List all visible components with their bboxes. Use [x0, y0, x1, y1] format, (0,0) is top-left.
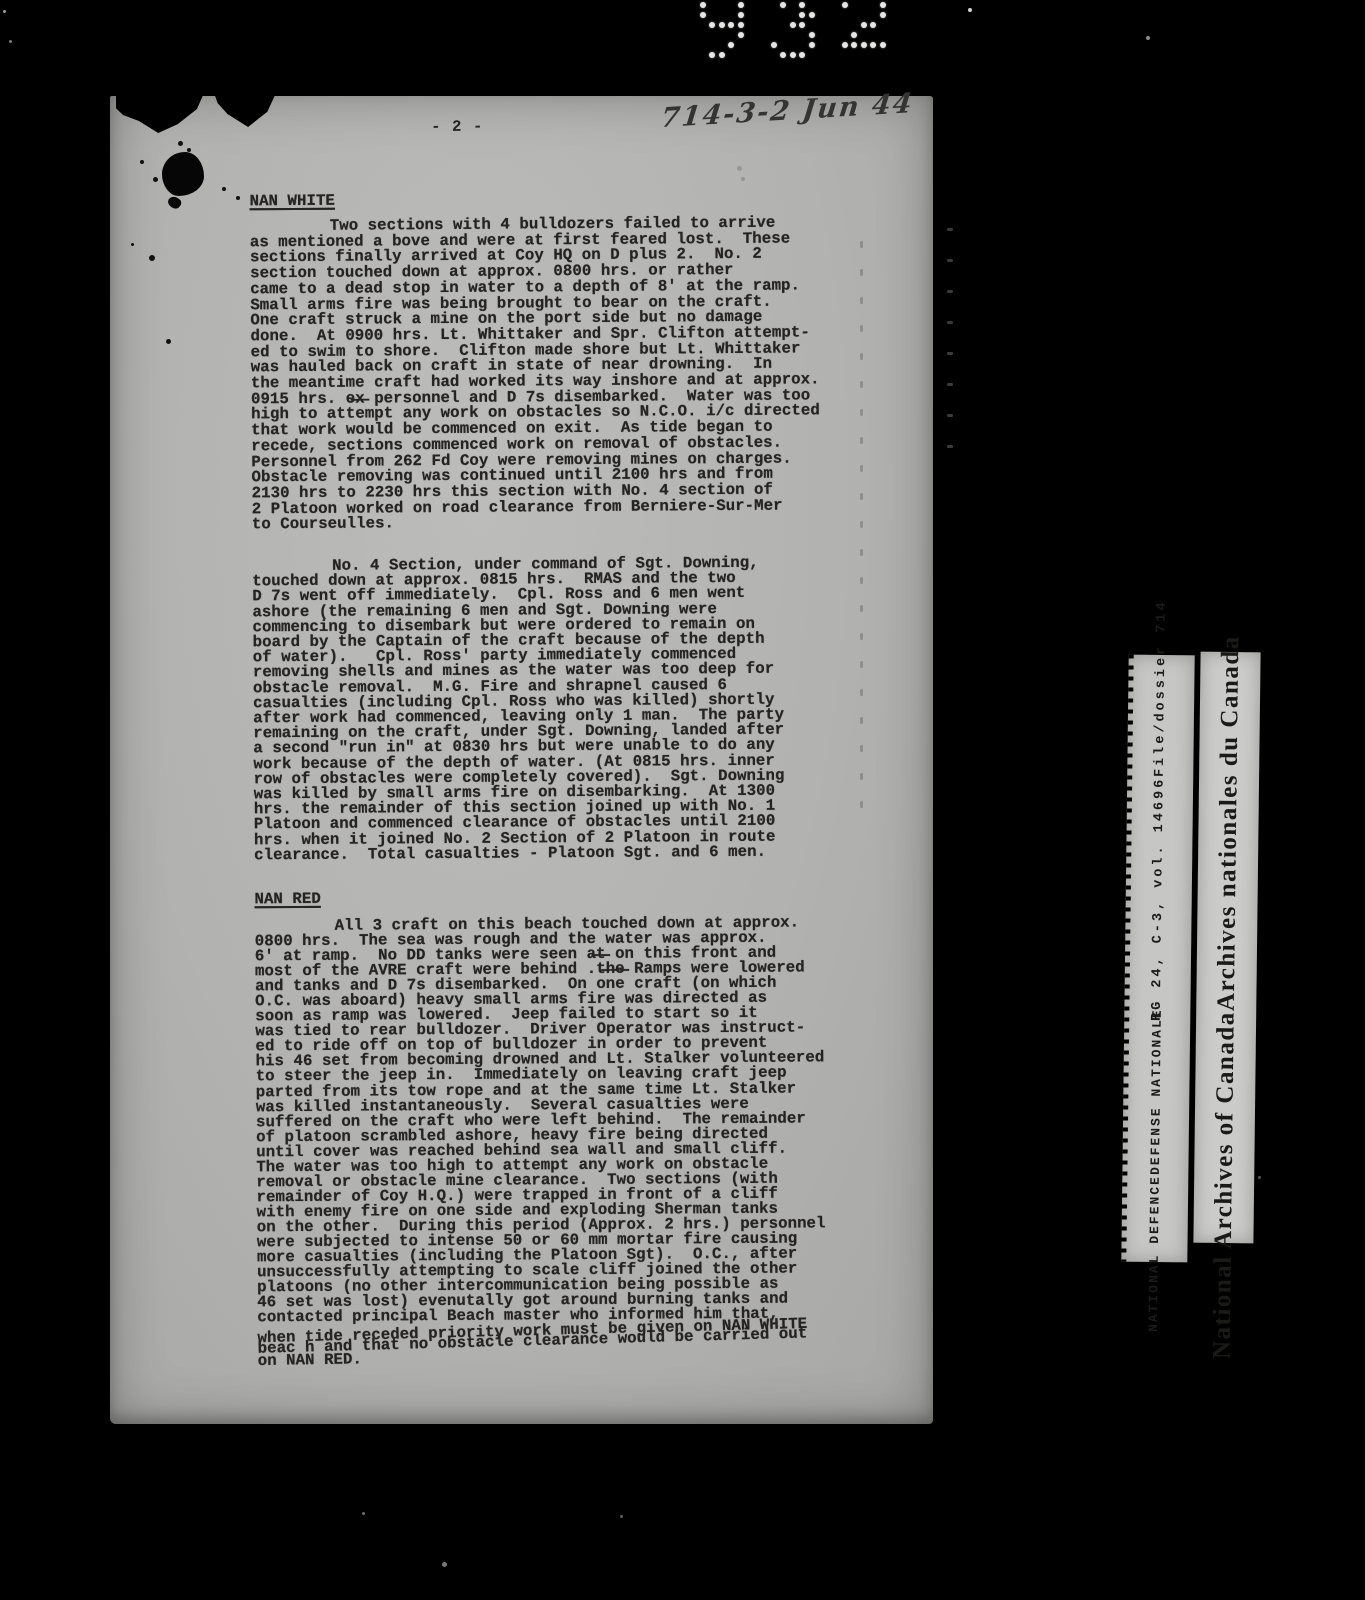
film-speck	[362, 1512, 365, 1515]
archive-reference-line2: File/dossier 714	[1151, 599, 1172, 777]
national-archives-line1: National Archives of Canada	[1207, 1011, 1240, 1359]
stamp-dot	[880, 42, 886, 48]
page-content: - 2 - 714-3-2 Jun 44 NAN WHITETwo sectio…	[106, 93, 938, 1427]
film-mark	[947, 290, 953, 293]
stamp-dot	[728, 42, 734, 48]
film-speck	[3, 10, 6, 13]
national-archives-label: National Archives of Canada Archives nat…	[1194, 764, 1260, 1231]
dot-matrix-frame-number	[700, 2, 930, 64]
archive-reference-line1: RG 24, C-3, vol. 14696	[1148, 777, 1170, 1021]
film-speck	[968, 8, 972, 12]
scan-background: - 2 - 714-3-2 Jun 44 NAN WHITETwo sectio…	[0, 0, 1365, 1600]
stamp-dot	[700, 12, 706, 18]
archive-label-strip-archives: National Archives of Canada Archives nat…	[1193, 652, 1260, 1244]
film-mark	[947, 228, 953, 231]
stamp-dot	[719, 22, 725, 28]
text-line: clearance. Total casualties - Platoon Sg…	[254, 844, 874, 864]
film-mark	[947, 352, 953, 355]
section-heading: NAN RED	[254, 886, 874, 908]
stamp-dot	[880, 2, 886, 8]
stamp-dot	[799, 12, 805, 18]
film-speck	[1258, 1176, 1261, 1179]
section-heading: NAN WHITE	[249, 188, 869, 210]
film-mark	[947, 414, 953, 417]
stamp-dot	[709, 22, 715, 28]
stamp-dot	[880, 12, 886, 18]
film-mark	[947, 445, 953, 448]
national-defence-line1: NATIONAL DEFENCE	[1144, 1175, 1165, 1332]
stamp-dot	[738, 32, 744, 38]
section-heading-text: NAN RED	[254, 886, 874, 908]
stamp-dot	[842, 2, 848, 8]
stamp-dot	[861, 22, 867, 28]
section-heading-text: NAN WHITE	[249, 188, 869, 210]
archive-reference-label: RG 24, C-3, vol. 14696 File/dossier 714	[1125, 671, 1194, 950]
stamp-dot	[870, 22, 876, 28]
page-number: - 2 -	[431, 118, 484, 136]
stamp-dot	[799, 22, 805, 28]
stamp-dot	[799, 2, 805, 8]
stamp-dot	[870, 42, 876, 48]
stamp-dot	[790, 52, 796, 58]
paragraph: No. 4 Section, under command of Sgt. Dow…	[252, 555, 874, 863]
stamp-dot	[799, 52, 805, 58]
stamp-dot	[719, 52, 725, 58]
stamp-dot	[738, 12, 744, 18]
stamp-dot	[780, 2, 786, 8]
stamp-dot	[851, 42, 857, 48]
stamp-dot	[728, 22, 734, 28]
national-archives-line2: Archives nationales du Canada	[1212, 635, 1246, 1011]
national-defence-label: NATIONAL DEFENCE DEFENSE NATIONALE	[1121, 1083, 1189, 1258]
stamp-dot	[809, 42, 815, 48]
text-line: to Courseulles.	[252, 513, 872, 533]
film-speck	[442, 1562, 447, 1567]
film-mark	[947, 259, 953, 262]
paragraph: All 3 craft on this beach touched down a…	[255, 915, 878, 1367]
film-speck	[620, 1515, 623, 1518]
film-mark	[947, 321, 953, 324]
film-mark	[947, 383, 953, 386]
stamp-dot	[738, 22, 744, 28]
stamp-dot	[790, 22, 796, 28]
stamp-dot	[809, 32, 815, 38]
national-defence-line2: DEFENSE NATIONALE	[1146, 1008, 1167, 1175]
paragraph: Two sections with 4 bulldozers failed to…	[250, 215, 872, 533]
document-page: - 2 - 714-3-2 Jun 44 NAN WHITETwo sectio…	[110, 96, 933, 1424]
film-speck	[9, 40, 12, 43]
film-speck	[1146, 36, 1150, 40]
stamp-dot	[700, 2, 706, 8]
stamp-dot	[809, 12, 815, 18]
archive-label-strip-defence: RG 24, C-3, vol. 14696 File/dossier 714 …	[1121, 655, 1194, 1263]
stamp-dot	[851, 32, 857, 38]
handwritten-file-reference: 714-3-2 Jun 44	[659, 88, 915, 134]
stamp-dot	[861, 42, 867, 48]
stamp-dot	[738, 2, 744, 8]
stamp-dot	[842, 42, 848, 48]
stamp-dot	[780, 52, 786, 58]
stamp-dot	[709, 52, 715, 58]
stamp-dot	[771, 42, 777, 48]
